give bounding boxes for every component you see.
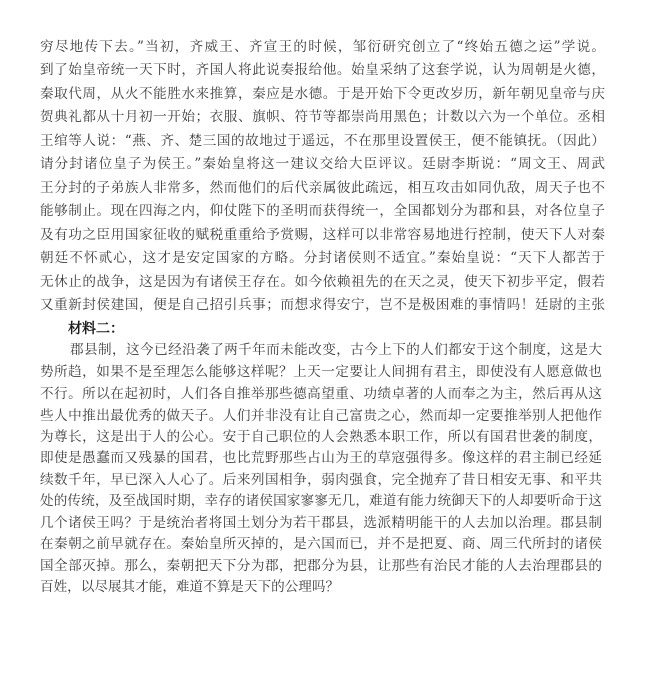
text-line: 穷尽地传下去。”当初，齐威王、齐宣王的时候，邹衍研究创立了“终始五德之运”学说。 (40, 36, 605, 58)
text-line: 秦取代周，从火不能胜水来推算，秦应是水德。于是开始下令更改岁历，新年朝见皇帝与庆 (40, 83, 605, 105)
text-line: 能够制止。现在四海之内，仰仗陛下的圣明而获得统一，全国都划分为郡和县，对各位皇子 (40, 200, 605, 222)
text-line: 为尊长，这是出于人的公心。安于自己职位的人会熟悉本职工作，所以有国君世袭的制度， (40, 426, 602, 448)
text-line: 王分封的子弟族人非常多，然而他们的后代亲属彼此疏远，相互攻击如同仇敌，周天子也不 (40, 177, 605, 199)
text-line: 些人中推出最优秀的做天子。人们并非没有让自己富贵之心，然而却一定要推举别人把他作 (40, 405, 602, 427)
text-line: 续数千年，早已深入人心了。后来列国相争，弱肉强食，完全抛弃了昔日相安无事、和平共 (40, 469, 602, 491)
text-line: 贺典礼都从十月初一开始；衣服、旗帜、符节等都崇尚用黑色；计数以六为一个单位。丞相 (40, 106, 605, 128)
text-line: 到了始皇帝统一天下时，齐国人将此说奏报给他。始皇采纳了这套学说，认为周朝是火德， (40, 59, 605, 81)
text-line: 不行。所以在起初时，人们各自推举那些德高望重、功绩卓著的人而奉之为主，然后再从这 (40, 383, 602, 405)
text-line: 郡县制，这今已经沿袭了两千年而未能改变，古今上下的人们都安于这个制度，这是大 (40, 339, 602, 361)
text-line: 势所趋，如果不是至理怎么能够这样呢？上天一定要让人间拥有君主，即使没有人愿意做也 (40, 361, 602, 383)
text-line: 在秦朝之前早就存在。秦始皇所灭掉的，是六国而已，并不是把夏、商、周三代所封的诸侯 (40, 533, 602, 555)
text-line: 百姓，以尽展其才能，难道不算是天下的公理吗？ (40, 576, 602, 598)
text-line: 国全部灭掉。那么，秦朝把天下分为郡，把郡分为县，让那些有治民才能的人去治理郡县的 (40, 555, 602, 577)
document-page: 穷尽地传下去。”当初，齐威王、齐宣王的时候，邹衍研究创立了“终始五德之运”学说。… (0, 0, 662, 689)
section-heading-material-2: 材料二： (68, 318, 124, 340)
text-line: 请分封诸位皇子为侯王。”秦始皇将这一建议交给大臣评议。廷尉李斯说：“周文王、周武 (40, 153, 605, 175)
text-line: 无休止的战争，这是因为有诸侯王存在。如今依赖祖先的在天之灵，使天下初步平定，假若 (40, 271, 605, 293)
text-line: 朝廷不怀贰心，这才是安定国家的方略。分封诸侯则不适宜。”秦始皇说：“天下人都苦于 (40, 247, 605, 269)
text-line: 王绾等人说：“燕、齐、楚三国的故地过于遥远，不在那里设置侯王，便不能镇抚。（因此… (40, 130, 605, 152)
text-line: 即使是愚蠢而又残暴的国君，也比荒野那些占山为王的草寇强得多。像这样的君主制已经延 (40, 447, 602, 469)
text-line: 处的传统，及至战国时期，幸存的诸侯国家寥寥无几，难道有能力统御天下的人却要听命于… (40, 490, 602, 512)
text-line: 又重新封侯建国，便是自己招引兵事；而想求得安宁，岂不是极困难的事情吗！廷尉的主张 (40, 294, 605, 316)
text-line: 几个诸侯王吗？于是统治者将国土划分为若干郡县，选派精明能干的人去加以治理。郡县制 (40, 512, 602, 534)
text-line: 及有功之臣用国家征收的赋税重重给予赏赐，这样可以非常容易地进行控制，使天下人对秦 (40, 224, 605, 246)
